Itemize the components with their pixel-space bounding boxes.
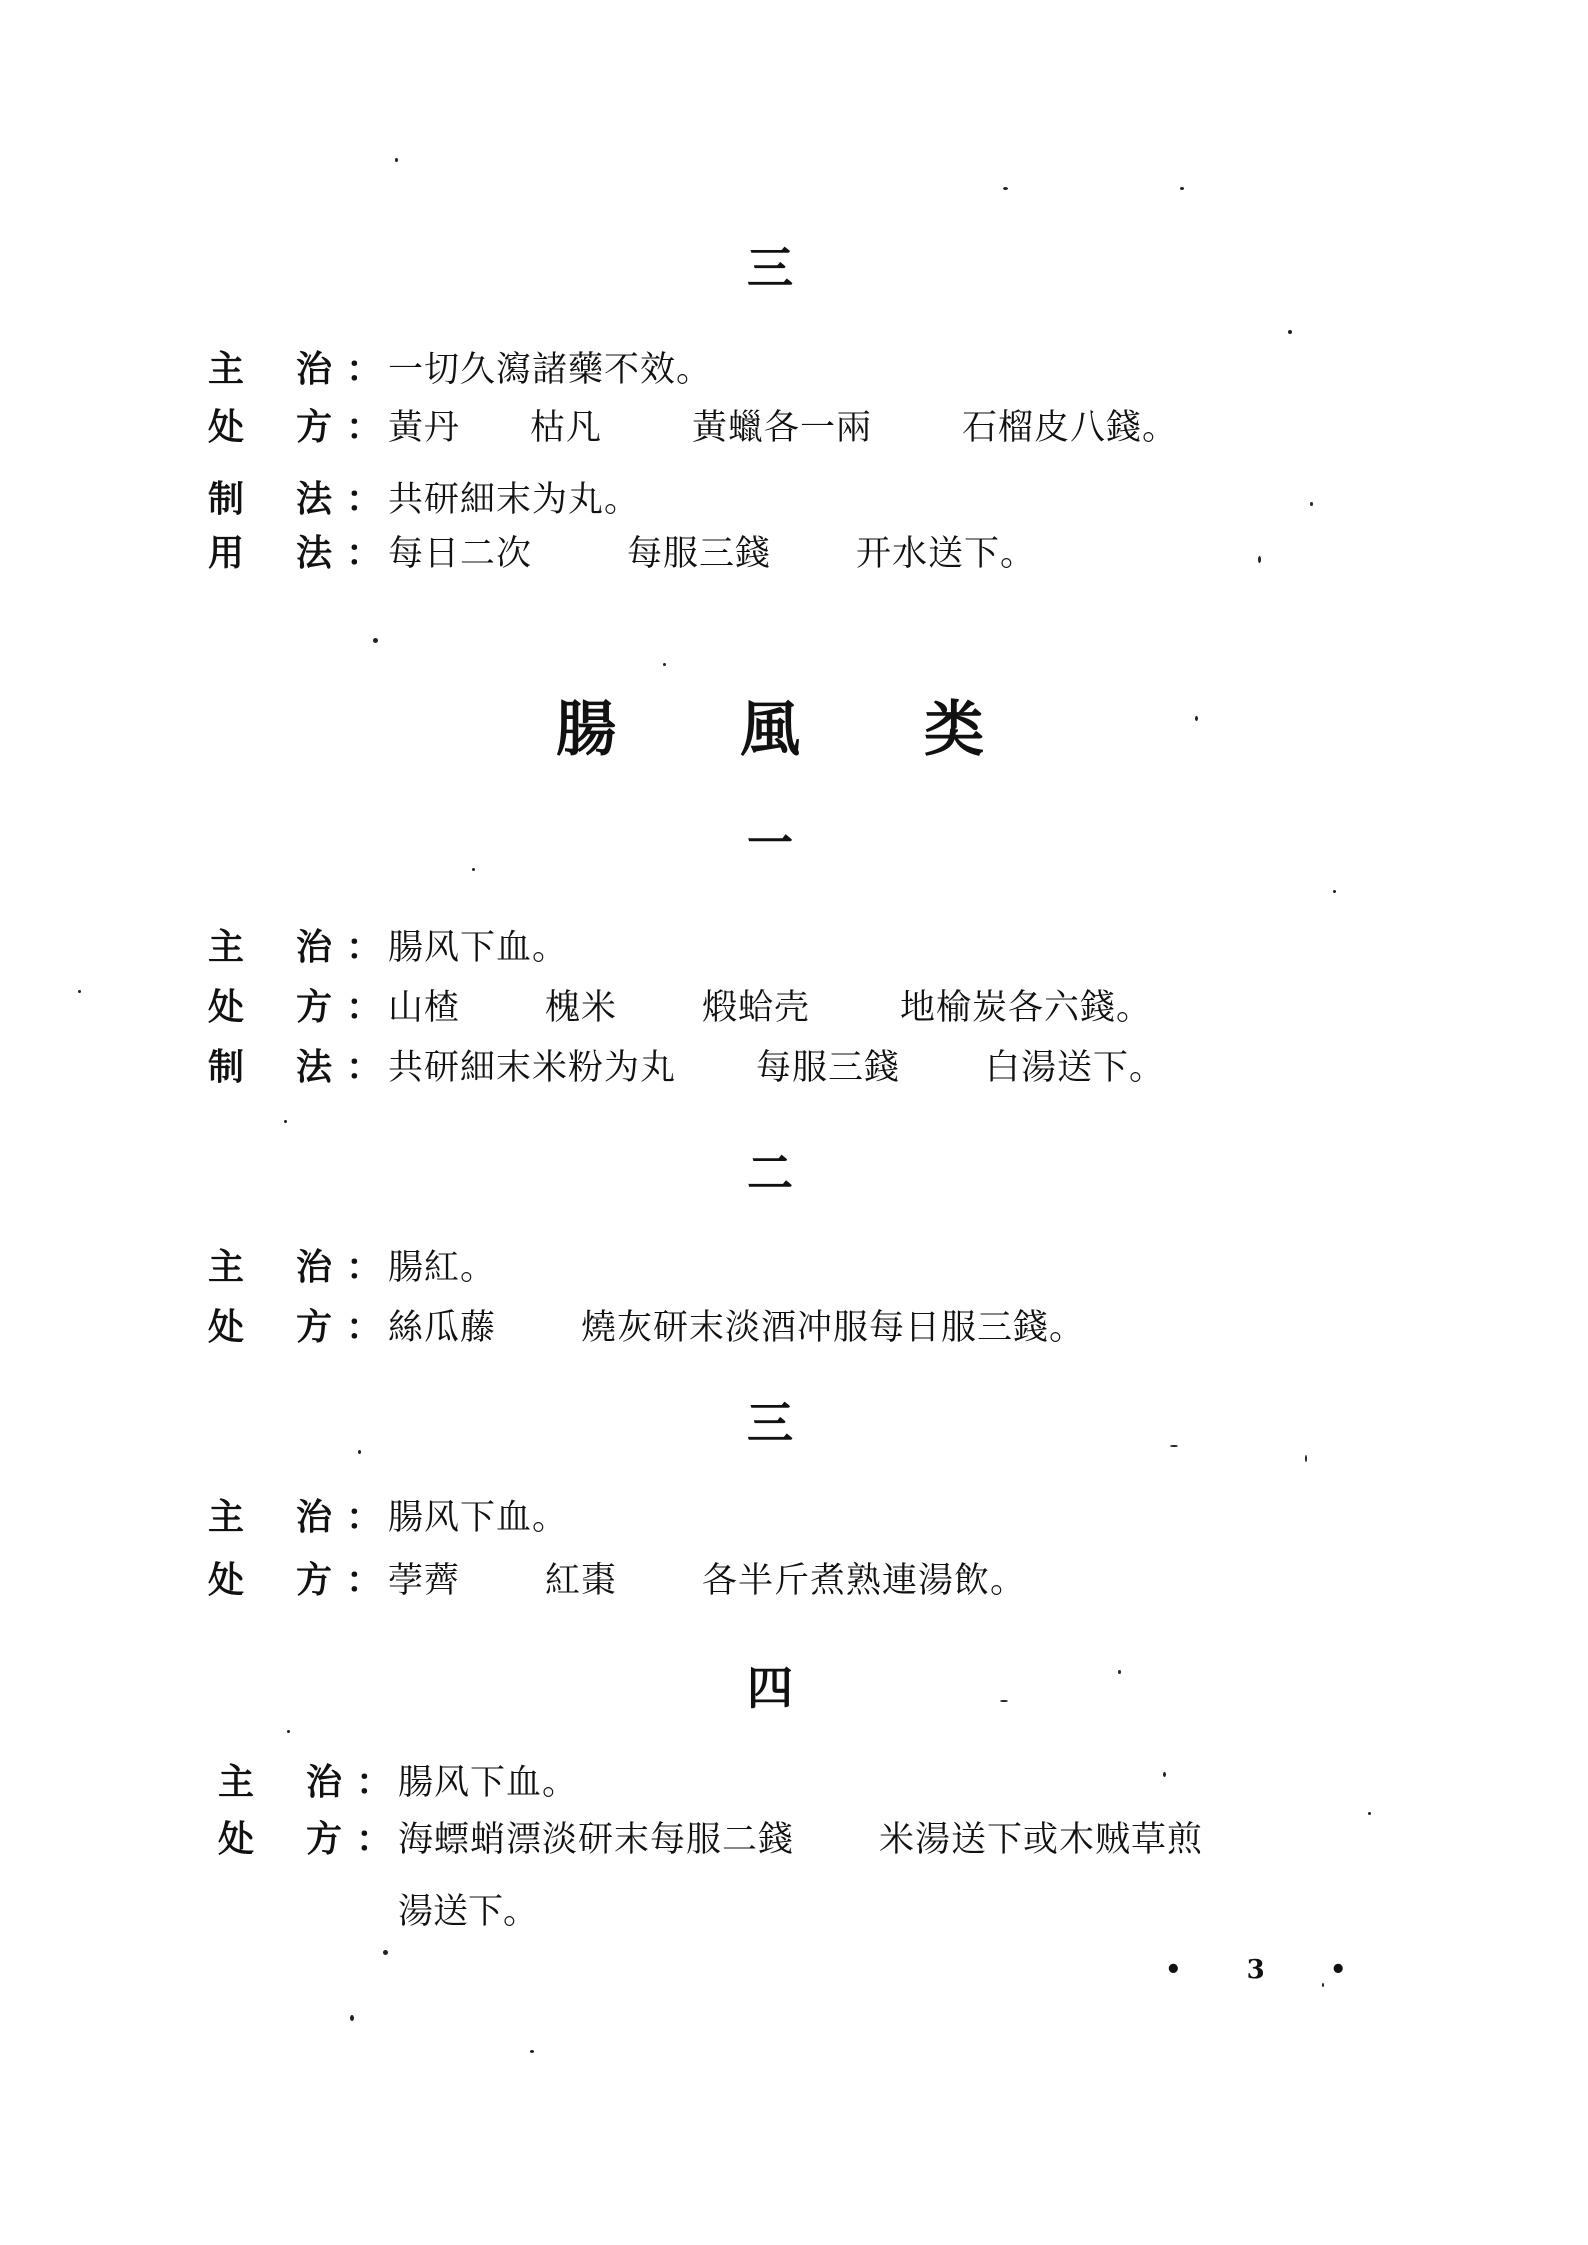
row-label: 制 法 ： xyxy=(208,1050,388,1086)
scan-speck xyxy=(287,1730,290,1733)
scan-speck xyxy=(284,1120,287,1123)
scan-speck xyxy=(1288,330,1292,334)
row-label: 处 方 ： xyxy=(208,990,388,1026)
scan-speck xyxy=(1163,1772,1166,1777)
row-label: 处 方 ： xyxy=(208,1310,388,1346)
section-heading: 四 xyxy=(0,1665,1540,1711)
row-content: 每日二次每服三錢开水送下。 xyxy=(388,537,1036,572)
category-title: 腸風类 xyxy=(0,700,1540,760)
scan-speck xyxy=(395,158,398,162)
row-content: 腸风下血。 xyxy=(398,1766,578,1801)
scan-speck xyxy=(663,663,666,666)
row-content: 荸薺紅棗各半斤煮熟連湯飲。 xyxy=(388,1564,1026,1599)
scan-speck xyxy=(1118,1670,1121,1674)
row-prescription: 处 方 ： 荸薺紅棗各半斤煮熟連湯飲。 xyxy=(208,1563,1026,1599)
scan-speck xyxy=(350,2015,354,2021)
row-content: 腸紅。 xyxy=(388,1251,496,1286)
row-preparation: 制 法 ： 共研細末米粉为丸每服三錢白湯送下。 xyxy=(208,1050,1165,1086)
scan-speck xyxy=(78,990,81,993)
row-content: 共研細末为丸。 xyxy=(388,483,640,518)
row-content: 共研細末米粉为丸每服三錢白湯送下。 xyxy=(388,1051,1165,1086)
scan-speck xyxy=(472,868,475,871)
row-prescription: 处 方 ： 黃丹枯凡黃蠟各一兩石榴皮八錢。 xyxy=(208,410,1178,446)
row-label: 处 方 ： xyxy=(208,1563,388,1599)
row-label: 用 法 ： xyxy=(208,536,388,572)
row-indication: 主 治 ： 腸风下血。 xyxy=(208,1500,568,1536)
scan-speck xyxy=(1322,1983,1324,1987)
scan-speck xyxy=(1170,1445,1178,1447)
section-heading: 一 xyxy=(0,820,1540,866)
document-page: 三 主 治 ： 一切久瀉諸藥不效。 处 方 ： 黃丹枯凡黃蠟各一兩石榴皮八錢。 … xyxy=(0,0,1588,2245)
scan-speck xyxy=(1368,1812,1371,1815)
row-indication: 主 治 ： 一切久瀉諸藥不效。 xyxy=(208,352,712,388)
scan-speck xyxy=(373,638,378,643)
row-prescription: 处 方 ： 海螵蛸漂淡研末每服二錢米湯送下或木贼草煎 xyxy=(218,1822,1203,1858)
row-content: 腸风下血。 xyxy=(388,931,568,966)
page-number-value: • 3 • xyxy=(1165,1955,1374,1985)
row-content: 海螵蛸漂淡研末每服二錢米湯送下或木贼草煎 xyxy=(398,1823,1203,1858)
scan-speck xyxy=(383,1950,388,1955)
scan-speck xyxy=(358,1450,361,1454)
scan-speck xyxy=(1305,1455,1307,1462)
row-label: 主 治 ： xyxy=(208,1250,388,1286)
section-heading: 二 xyxy=(0,1150,1540,1196)
section-heading: 三 xyxy=(0,1400,1540,1446)
scan-speck xyxy=(1310,502,1313,506)
scan-speck xyxy=(530,2050,534,2053)
row-prescription: 处 方 ： 山楂槐米煅蛤壳地榆炭各六錢。 xyxy=(208,990,1152,1026)
row-usage: 用 法 ： 每日二次每服三錢开水送下。 xyxy=(208,536,1036,572)
row-label: 制 法 ： xyxy=(208,482,388,518)
row-content: 絲瓜藤燒灰研末淡酒冲服每日服三錢。 xyxy=(388,1311,1085,1346)
row-content: 腸风下血。 xyxy=(388,1501,568,1536)
scan-speck xyxy=(1180,187,1184,190)
scan-speck xyxy=(1195,716,1198,721)
row-indication: 主 治 ： 腸紅。 xyxy=(208,1250,496,1286)
row-label: 主 治 ： xyxy=(208,352,388,388)
row-label: 主 治 ： xyxy=(208,930,388,966)
row-label: 处 方 ： xyxy=(218,1822,398,1858)
row-continuation: 湯送下。 xyxy=(398,1895,538,1930)
row-label: 主 治 ： xyxy=(218,1765,398,1801)
section-heading: 三 xyxy=(0,245,1540,291)
row-indication: 主 治 ： 腸风下血。 xyxy=(208,930,568,966)
page-number: • 3 • xyxy=(1165,1955,1374,1985)
row-indication: 主 治 ： 腸风下血。 xyxy=(218,1765,578,1801)
scan-speck xyxy=(1333,890,1336,893)
row-preparation: 制 法 ： 共研細末为丸。 xyxy=(208,482,640,518)
scan-speck xyxy=(1258,556,1261,563)
scan-speck xyxy=(1003,187,1008,190)
row-prescription: 处 方 ： 絲瓜藤燒灰研末淡酒冲服每日服三錢。 xyxy=(208,1310,1085,1346)
scan-speck xyxy=(1000,1700,1008,1702)
row-label: 处 方 ： xyxy=(208,410,388,446)
row-content: 一切久瀉諸藥不效。 xyxy=(388,353,712,388)
row-content: 山楂槐米煅蛤壳地榆炭各六錢。 xyxy=(388,991,1152,1026)
row-content: 黃丹枯凡黃蠟各一兩石榴皮八錢。 xyxy=(388,411,1178,446)
row-label: 主 治 ： xyxy=(208,1500,388,1536)
